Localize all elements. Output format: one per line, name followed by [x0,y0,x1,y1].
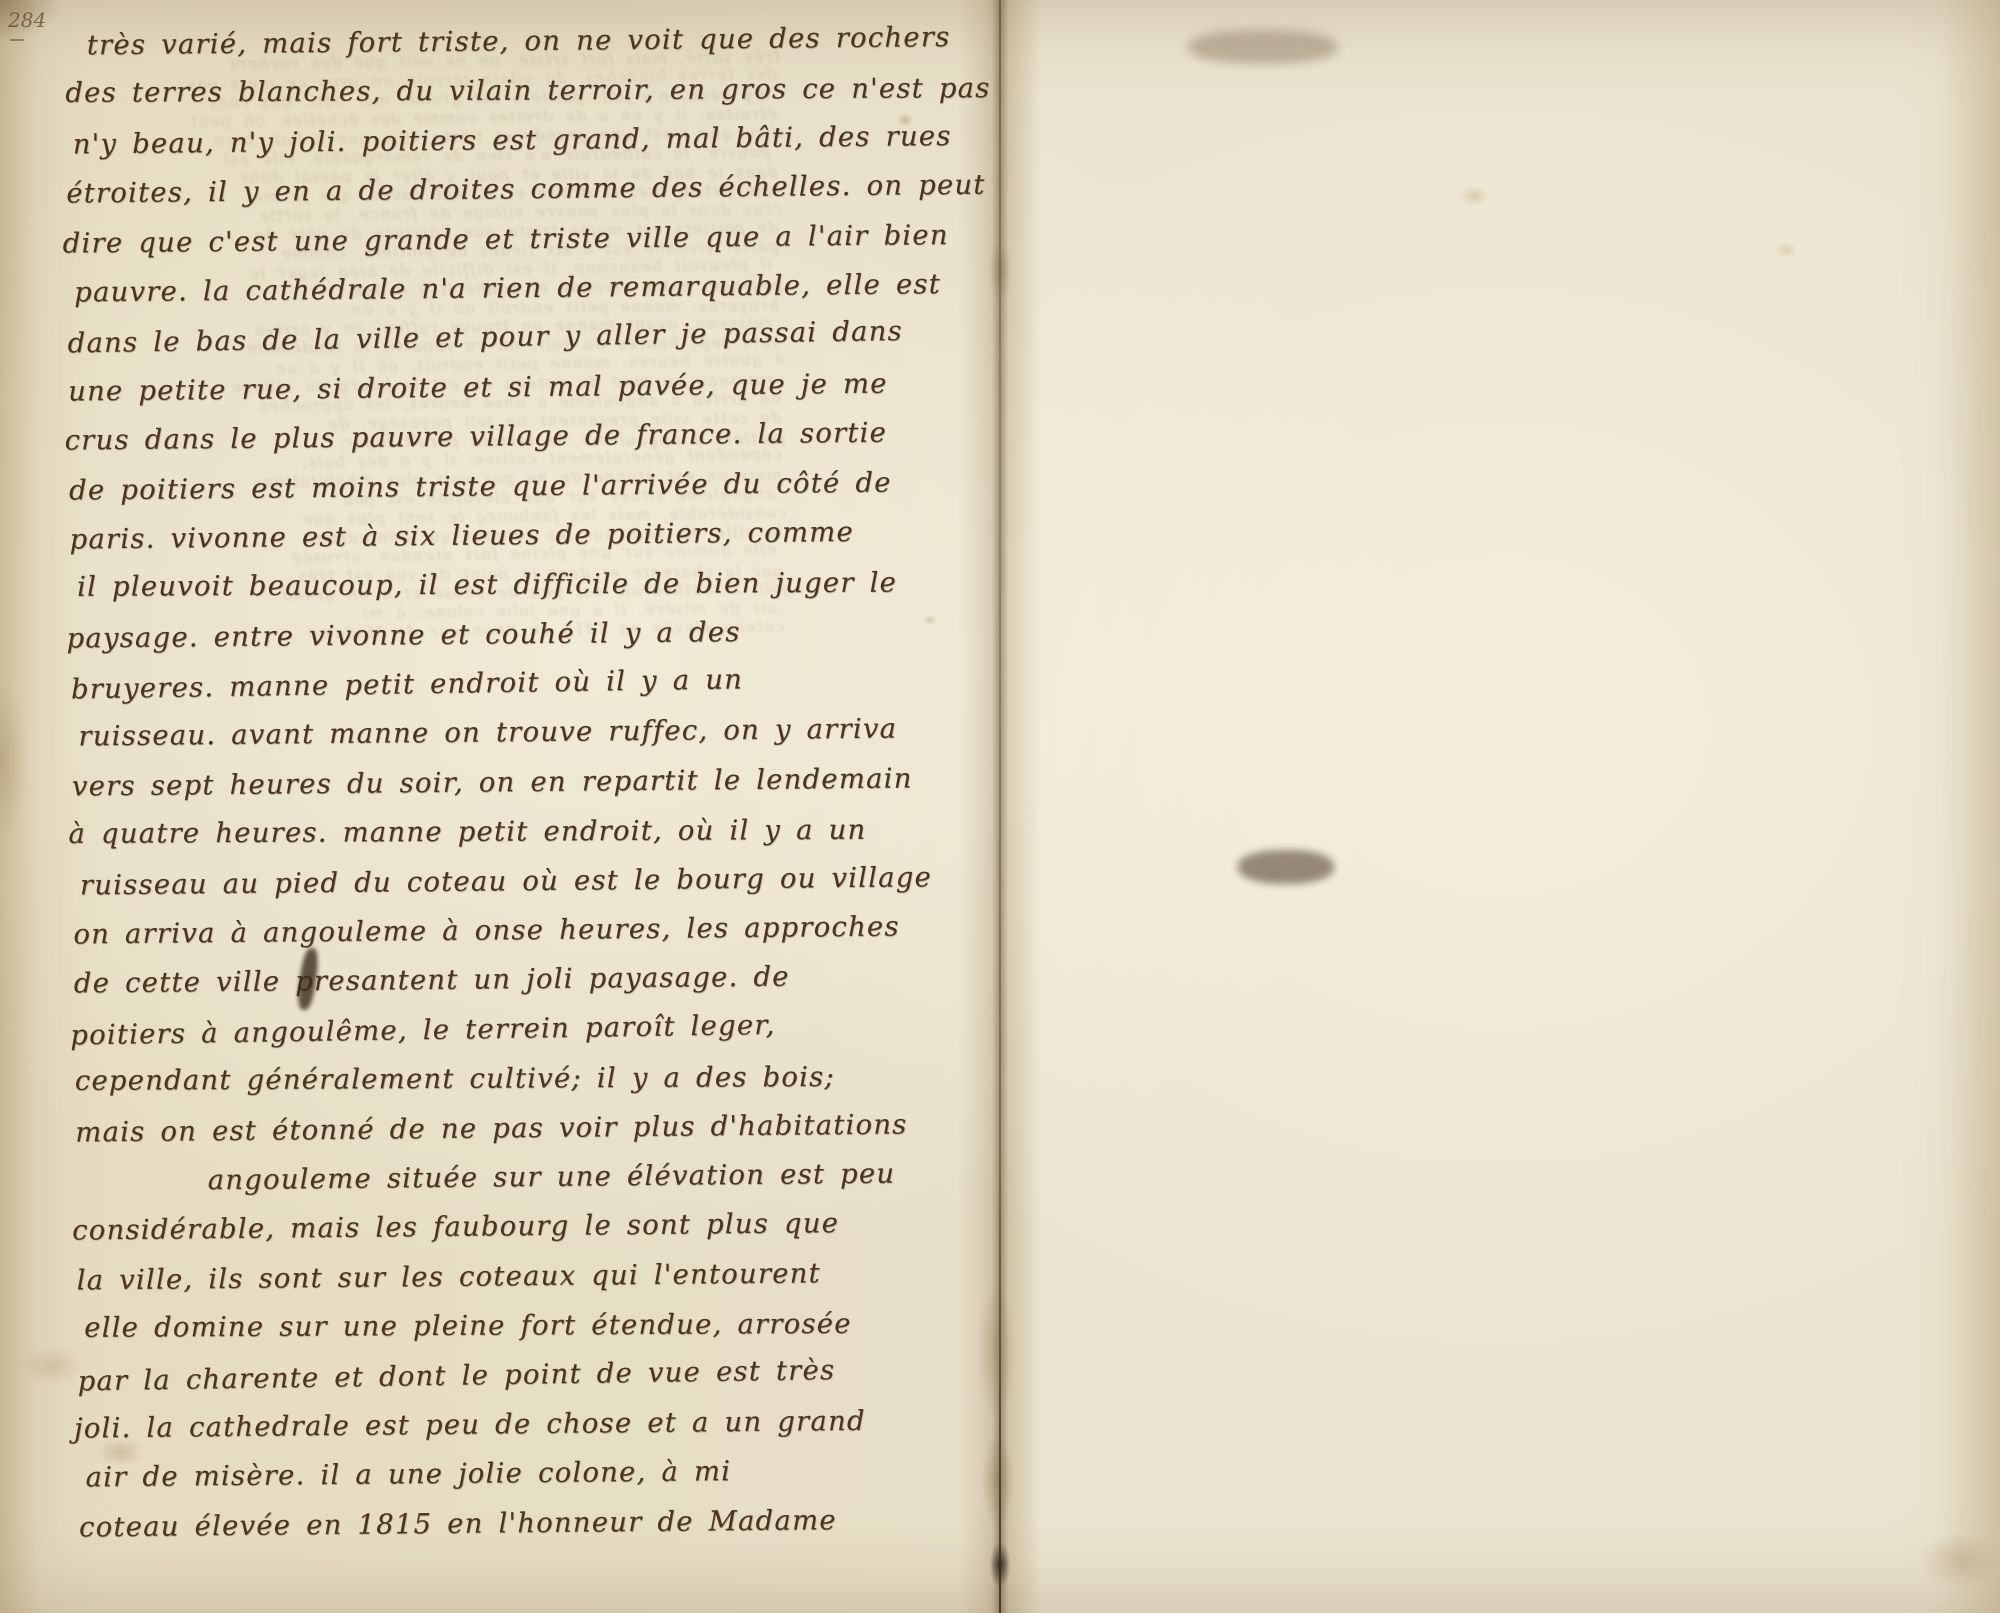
manuscript-line: joli. la cathedrale est peu de chose et … [74,1405,798,1461]
manuscript-line: par la charente et dont le point de vue … [77,1354,798,1414]
manuscript-line: bruyeres. manne petit endroit où il y a … [71,663,792,723]
manuscript-line: dans le bas de la ville et pour y aller … [67,317,788,377]
manuscript-line: mais on est étonné de ne pas voir plus d… [75,1109,795,1165]
manuscript-line: très varié, mais fort triste, on ne voit… [87,23,785,79]
page-number-left: 284 [8,8,46,41]
manuscript-page-left: 284 très varié, mais fort triste, on ne … [0,0,1000,1613]
manuscript-scan: 284 très varié, mais fort triste, on ne … [0,0,2000,1613]
manuscript-line: elle domine sur une pleine fort étendue,… [84,1308,797,1361]
manuscript-line: cependant généralement cultivé; il y a d… [75,1061,795,1114]
manuscript-line: crus dans le plus pauvre village de fran… [64,418,788,474]
manuscript-line: angouleme située sur une élévation est p… [208,1159,796,1214]
manuscript-line: ruisseau. avant manne on trouve ruffec, … [78,714,791,770]
manuscript-page-right: 285 duchesse d'angoulême. demi lieu envi… [1000,0,2000,1613]
manuscript-line: considérable, mais les faubourg le sont … [72,1208,796,1264]
manuscript-line: air de misère. il a une jolie colone, à … [85,1455,798,1511]
manuscript-line: paris. vivonne est à six lieues de poiti… [69,516,789,572]
manuscript-line: la ville, ils sont sur les coteaux qui l… [77,1257,797,1313]
manuscript-line: on arriva à angouleme à onse heures, les… [73,912,793,968]
manuscript-line: étroites, il y en a de droites comme des… [66,171,786,227]
manuscript-line: une petite rue, si droite et si mal pavé… [68,368,788,424]
manuscript-line: à quatre heures. manne petit endroit, où… [68,814,792,867]
manuscript-line: ruisseau au pied du coteau où est le bou… [80,862,793,918]
manuscript-line: il pleuvoit beaucoup, il est difficile d… [77,567,790,620]
manuscript-line: de poitiers est moins triste que l'arriv… [69,467,789,523]
manuscript-line: poitiers à angoulême, le terrein paroît … [70,1008,795,1068]
book-gutter-fold [958,0,1042,1613]
manuscript-line: n'y beau, n'y joli. poitiers est grand, … [73,121,786,177]
manuscript-line: de cette ville presantent un joli payasa… [74,961,794,1017]
manuscript-line: paysage. entre vivonne et couhé il y a d… [66,615,790,671]
manuscript-line: des terres blanches, du vilain terroir, … [65,74,785,127]
manuscript-line: coteau élevée en 1815 en l'honneur de Ma… [79,1504,799,1560]
manuscript-line: vers sept heures du soir, on en repartit… [72,763,792,819]
manuscript-line: dire que c'est une grande et triste vill… [63,220,787,276]
handwritten-text-left: très varié, mais fort triste, on ne voit… [65,23,800,1561]
